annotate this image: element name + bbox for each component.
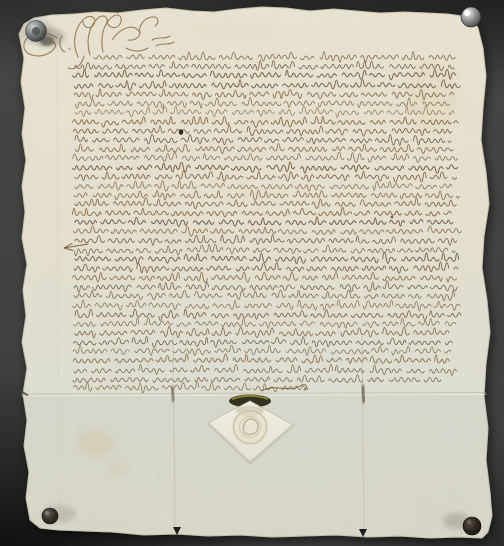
crease-dash-right [363,386,365,402]
stain-top-center [190,18,274,42]
grommet-bottom-right [463,517,481,535]
seal-impression-disc [231,408,269,446]
grommet-top-left-center [32,27,40,35]
stain-lower-left-2 [107,463,129,477]
ink-blot [391,216,394,219]
paper-hole [179,129,183,135]
flourish-dot [69,49,70,50]
manuscript-photo [0,0,504,546]
grommet-bottom-left-highlight [45,511,49,515]
stain-lower-left [77,430,113,456]
grommet-bottom-left [42,508,58,524]
grommet-top-right [461,7,481,27]
photo-background [0,0,504,546]
grommet-top-right-highlight [464,10,470,16]
grommet-bottom-right-highlight [467,520,471,524]
parchment [0,0,504,546]
